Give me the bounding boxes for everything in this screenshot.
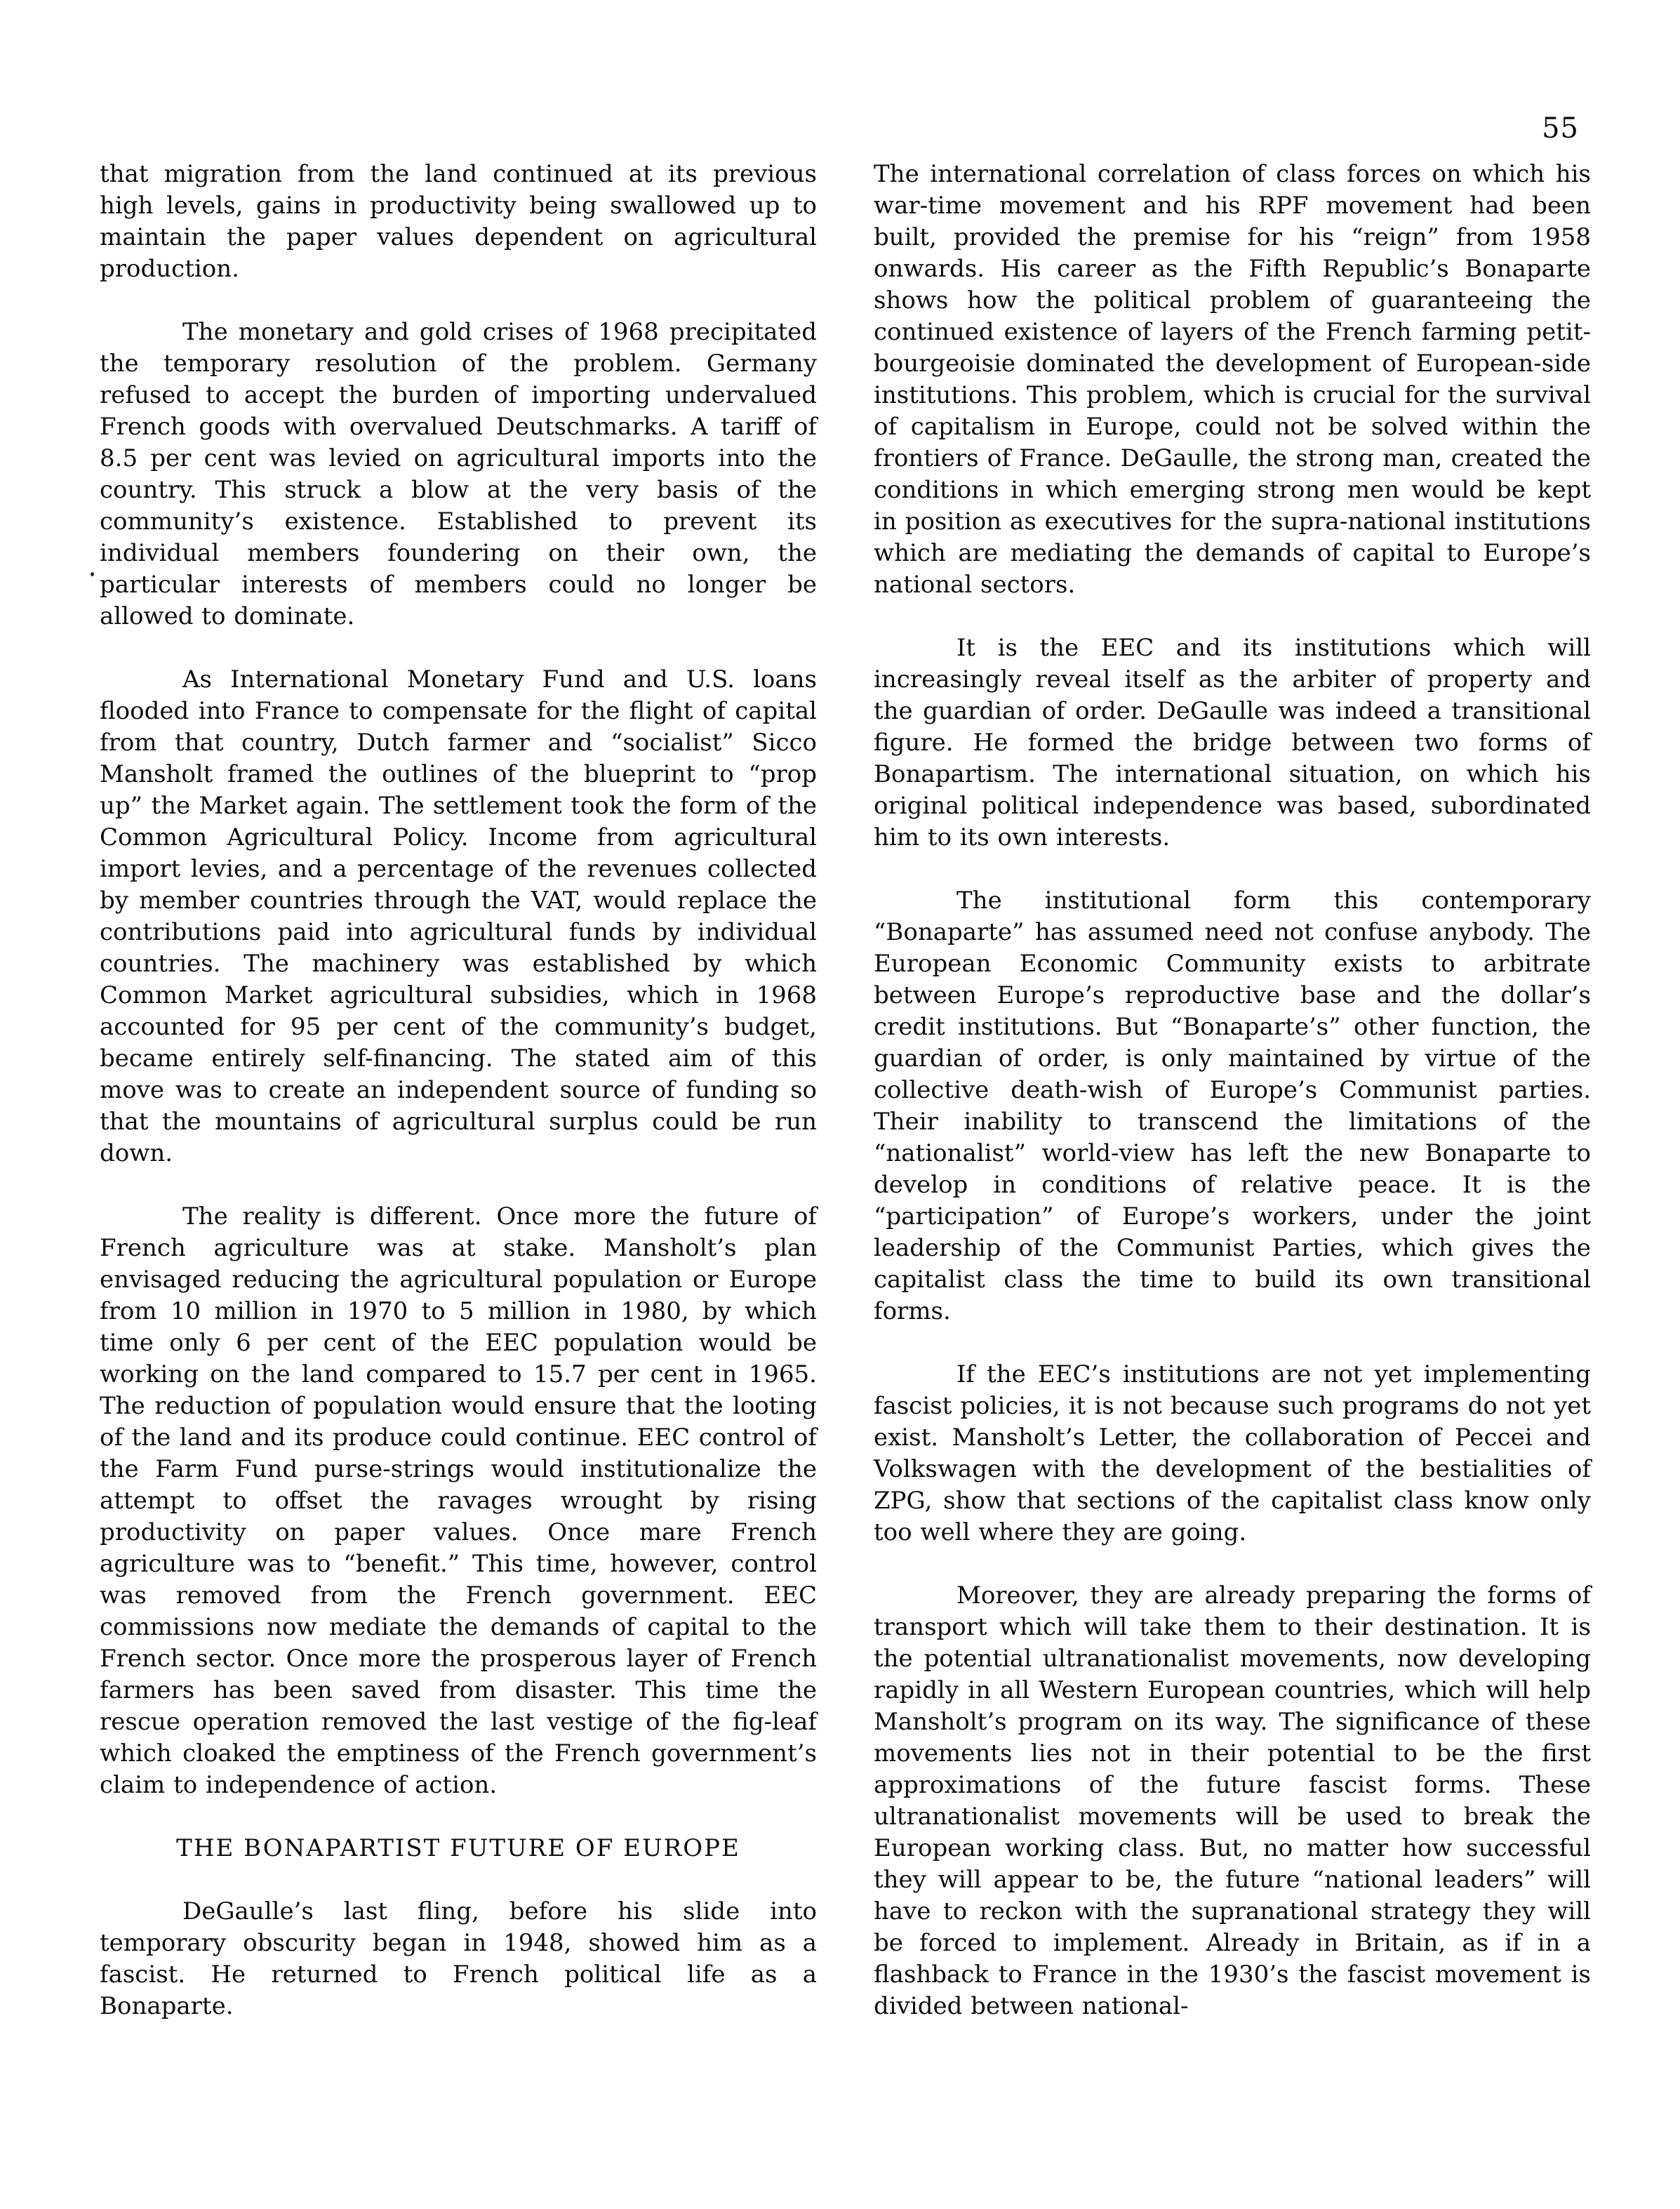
document-page: 55 that migration from the land continue… [0,0,1680,2209]
page-number: 55 [874,114,1579,142]
paragraph: It is the EEC and its institutions which… [874,632,1591,854]
paragraph: The institutional form this contemporary… [874,885,1591,1327]
right-column: The international correlation of class f… [874,159,1591,2054]
left-column: that migration from the land continued a… [100,159,817,2054]
paragraph: If the EEC’s institutions are not yet im… [874,1359,1591,1548]
section-heading: THE BONAPARTIST FUTURE OF EUROPE [100,1833,817,1864]
paragraph: that migration from the land continued a… [100,159,817,285]
paragraph: Moreover, they are already preparing the… [874,1580,1591,2022]
paragraph: The international correlation of class f… [874,159,1591,601]
scan-speck [91,572,94,576]
paragraph: As International Monetary Fund and U.S. … [100,664,817,1169]
paragraph: DeGaulle’s last fling, before his slide … [100,1896,817,2022]
paragraph: The monetary and gold crises of 1968 pre… [100,317,817,632]
paragraph: The reality is different. Once more the … [100,1201,817,1801]
